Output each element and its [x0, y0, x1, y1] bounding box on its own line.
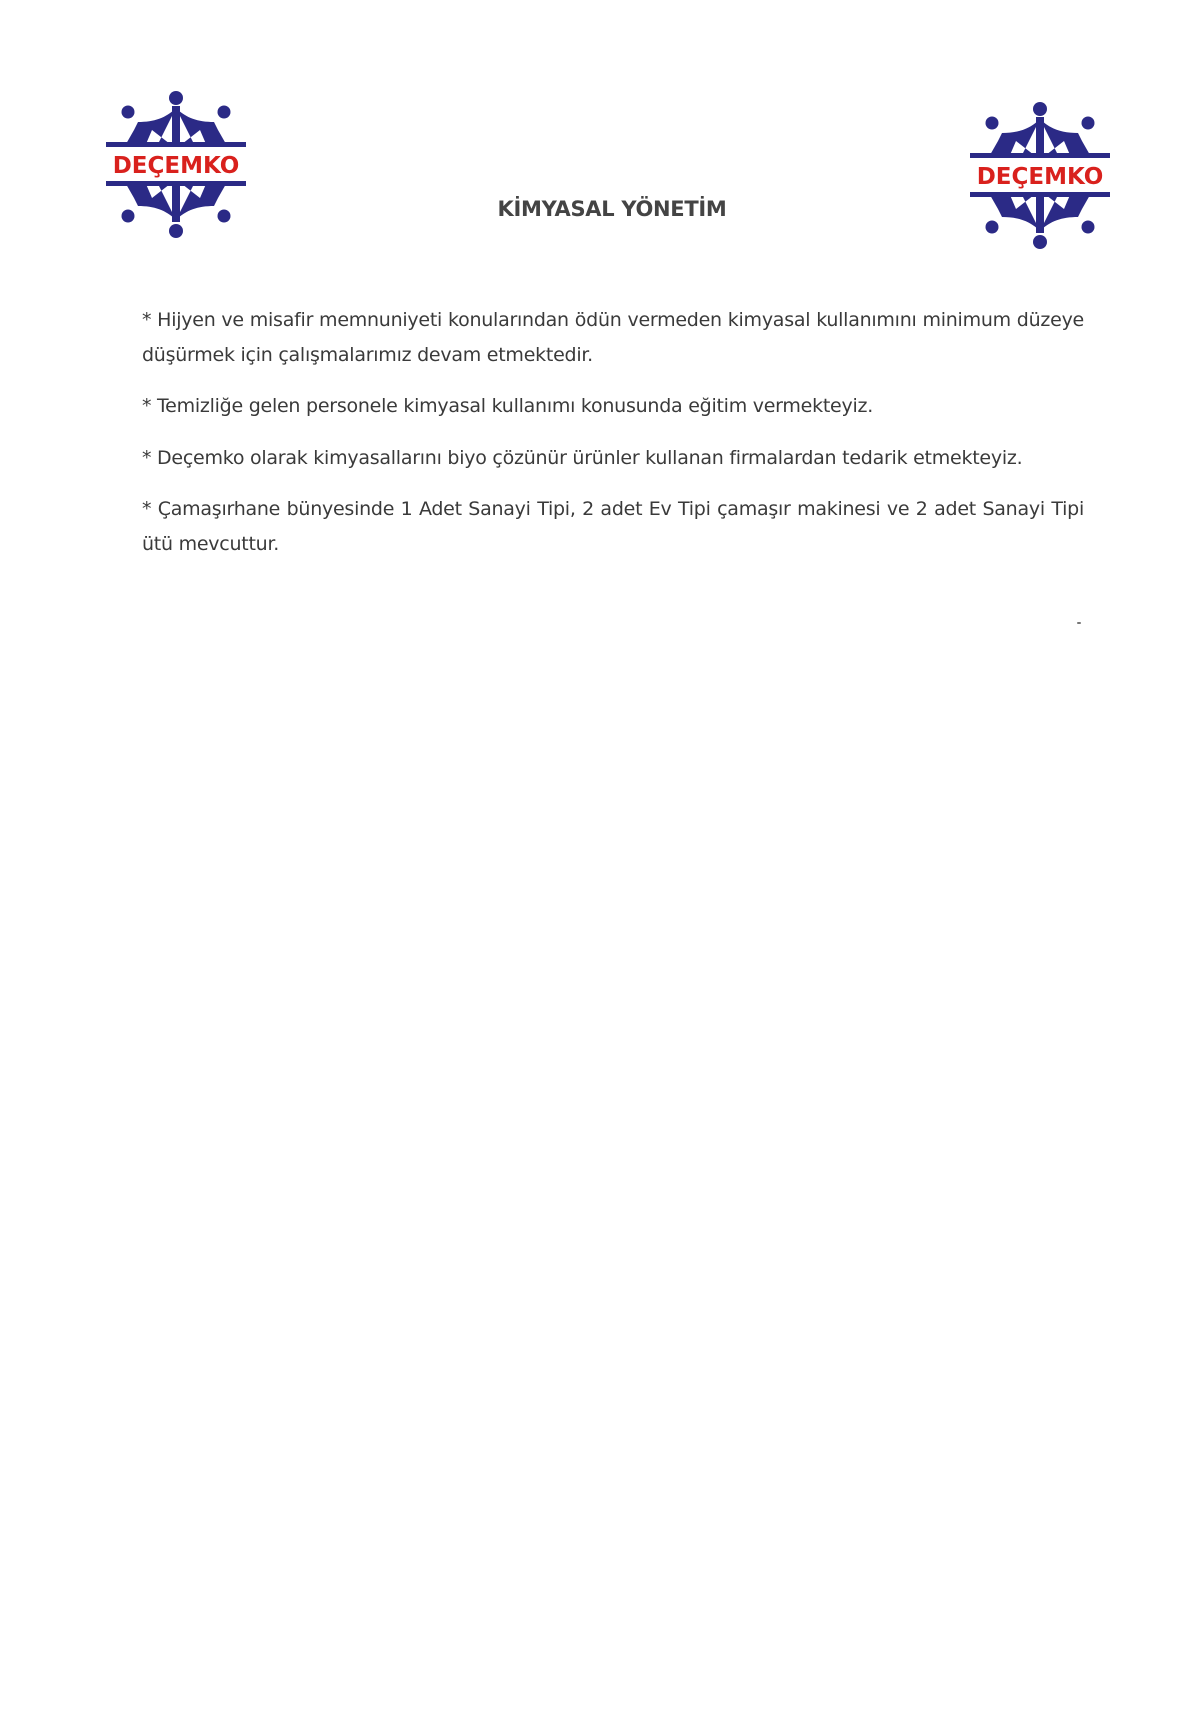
decemko-logo-right: DEÇEMKO: [970, 99, 1110, 251]
document-body: * Hijyen ve misafir memnuniyeti konuları…: [142, 303, 1084, 578]
scan-speck: [1077, 622, 1081, 624]
paragraph-chemical-minimization: * Hijyen ve misafir memnuniyeti konuları…: [142, 303, 1084, 372]
paragraph-biodegradable-suppliers: * Deçemko olarak kimyasallarını biyo çöz…: [142, 441, 1084, 476]
paragraph-laundry-equipment: * Çamaşırhane bünyesinde 1 Adet Sanayi T…: [142, 492, 1084, 561]
logo-text: DEÇEMKO: [113, 153, 240, 179]
decemko-logo-icon: DEÇEMKO: [970, 99, 1110, 251]
paragraph-staff-training: * Temizliğe gelen personele kimyasal kul…: [142, 389, 1084, 424]
logo-text: DEÇEMKO: [977, 164, 1104, 190]
